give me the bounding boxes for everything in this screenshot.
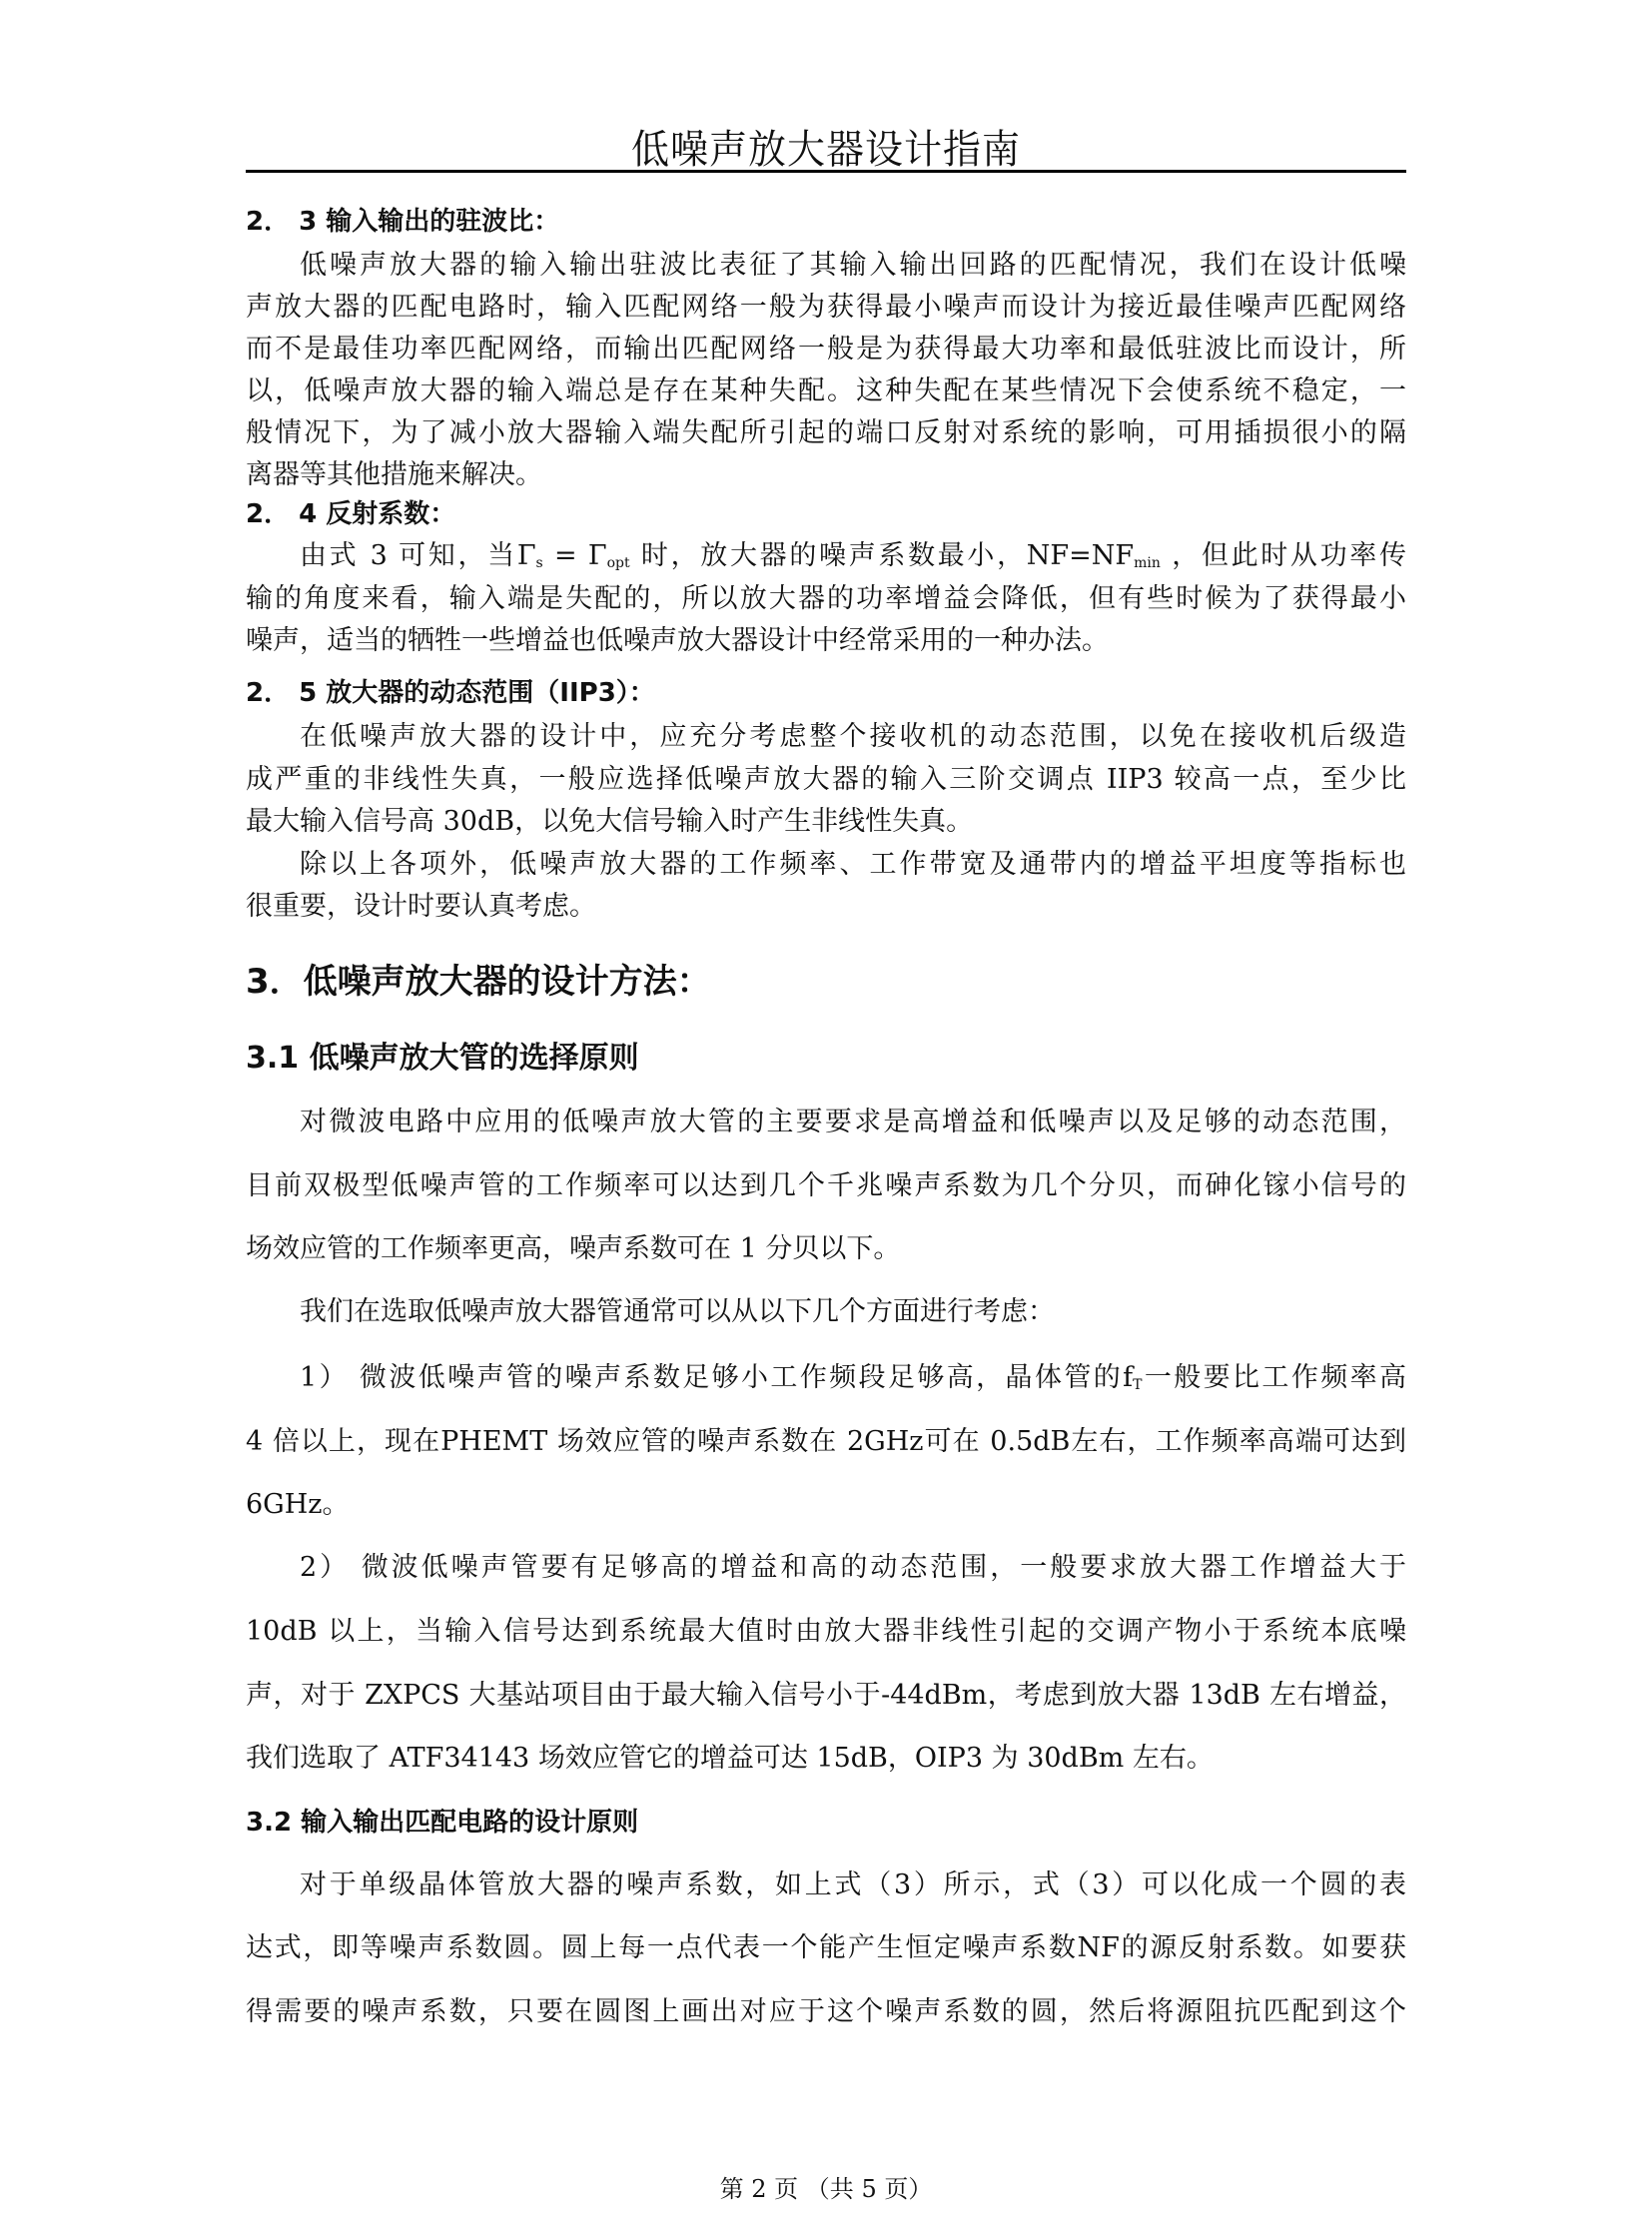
paragraph-line: 离器等其他措施来解决。	[246, 457, 1406, 493]
equals-sign: =	[543, 540, 588, 571]
gamma-symbol: Γ	[588, 540, 607, 571]
paragraph-line: 般情况下，为了减小放大器输入端失配所引起的端口反射对系统的影响，可用插损很小的隔	[246, 415, 1406, 451]
paragraph-line: 4 倍以上，现在PHEMT 场效应管的噪声系数在 2GHz可在 0.5dB左右，…	[246, 1424, 1406, 1460]
gamma-symbol: Γ	[517, 540, 536, 571]
paragraph-line: 6GHz。	[246, 1487, 1406, 1523]
page-footer: 第 2 页 （共 5 页）	[0, 2169, 1652, 2204]
subscript-min: min	[1134, 555, 1161, 571]
section-heading-2-3: 2． 3 输入输出的驻波比：	[246, 204, 1406, 240]
section-heading-2-4: 2． 4 反射系数：	[246, 496, 1406, 532]
section-heading-3: 3．低噪声放大器的设计方法：	[246, 960, 1406, 1004]
paragraph-line: 输的角度来看，输入端是失配的，所以放大器的功率增益会降低，但有些时候为了获得最小	[246, 581, 1406, 617]
paragraph-line: 场效应管的工作频率更高，噪声系数可在 1 分贝以下。	[246, 1231, 1406, 1267]
text-run: 时，放大器的噪声系数最小，NF=NF	[630, 540, 1135, 571]
subscript-opt: opt	[607, 555, 630, 571]
paragraph-line: 达式，即等噪声系数圆。圆上每一点代表一个能产生恒定噪声系数NF的源反射系数。如要…	[246, 1930, 1406, 1966]
paragraph-line: 很重要，设计时要认真考虑。	[246, 889, 1406, 925]
paragraph-line-formula: 由式 3 可知，当Γs = Γopt 时，放大器的噪声系数最小，NF=NFmin…	[246, 538, 1406, 581]
text-run: ，但此时从功率传	[1161, 540, 1406, 571]
paragraph-line: 对于单级晶体管放大器的噪声系数，如上式（3）所示，式（3）可以化成一个圆的表	[246, 1867, 1406, 1903]
section-heading-3-2: 3.2 输入输出匹配电路的设计原则	[246, 1805, 1406, 1841]
paragraph-line: 成严重的非线性失真，一般应选择低噪声放大器的输入三阶交调点 IIP3 较高一点，…	[246, 762, 1406, 798]
subscript-s: s	[536, 555, 543, 571]
paragraph-line: 除以上各项外，低噪声放大器的工作频率、工作带宽及通带内的增益平坦度等指标也	[246, 847, 1406, 883]
paragraph-line: 最大输入信号高 30dB，以免大信号输入时产生非线性失真。	[246, 804, 1406, 840]
paragraph-line: 声，对于 ZXPCS 大基站项目由于最大输入信号小于-44dBm，考虑到放大器 …	[246, 1678, 1406, 1714]
text-run: 由式 3 可知，当	[300, 540, 517, 571]
paragraph-line: 低噪声放大器的输入输出驻波比表征了其输入输出回路的匹配情况，我们在设计低噪	[246, 248, 1406, 284]
paragraph-line: 声放大器的匹配电路时，输入匹配网络一般为获得最小噪声而设计为接近最佳噪声匹配网络	[246, 290, 1406, 326]
text-run: 一般要比工作频率高	[1142, 1362, 1406, 1393]
paragraph-line: 在低噪声放大器的设计中，应充分考虑整个接收机的动态范围，以免在接收机后级造	[246, 719, 1406, 755]
section-heading-2-5: 2． 5 放大器的动态范围（IIP3）：	[246, 675, 1406, 711]
section-heading-3-1: 3.1 低噪声放大管的选择原则	[246, 1039, 1406, 1079]
paragraph-line: 对微波电路中应用的低噪声放大管的主要要求是高增益和低噪声以及足够的动态范围，	[246, 1105, 1406, 1140]
paragraph-line: 目前双极型低噪声管的工作频率可以达到几个千兆噪声系数为几个分贝，而砷化镓小信号的	[246, 1168, 1406, 1204]
paragraph-line: 以，低噪声放大器的输入端总是存在某种失配。这种失配在某些情况下会使系统不稳定，一	[246, 373, 1406, 409]
paragraph-line: 而不是最佳功率匹配网络，而输出匹配网络一般是为获得最大功率和最低驻波比而设计，所	[246, 332, 1406, 368]
paragraph-line: 10dB 以上，当输入信号达到系统最大值时由放大器非线性引起的交调产物小于系统本…	[246, 1614, 1406, 1650]
list-item-1: 1） 微波低噪声管的噪声系数足够小工作频段足够高，晶体管的fT一般要比工作频率高	[246, 1360, 1406, 1403]
paragraph-line: 我们在选取低噪声放大器管通常可以从以下几个方面进行考虑：	[246, 1294, 1406, 1330]
paragraph-line: 得需要的噪声系数，只要在圆图上画出对应于这个噪声系数的圆，然后将源阻抗匹配到这个	[246, 1994, 1406, 2030]
header-rule	[246, 170, 1406, 173]
list-item-2: 2） 微波低噪声管要有足够高的增益和高的动态范围，一般要求放大器工作增益大于	[246, 1550, 1406, 1586]
text-run: 1） 微波低噪声管的噪声系数足够小工作频段足够高，晶体管的f	[300, 1362, 1133, 1393]
paragraph-line: 我们选取了 ATF34143 场效应管它的增益可达 15dB，OIP3 为 30…	[246, 1741, 1406, 1777]
page-header-title: 低噪声放大器设计指南	[0, 117, 1652, 175]
paragraph-line: 噪声，适当的牺牲一些增益也低噪声放大器设计中经常采用的一种办法。	[246, 623, 1406, 659]
